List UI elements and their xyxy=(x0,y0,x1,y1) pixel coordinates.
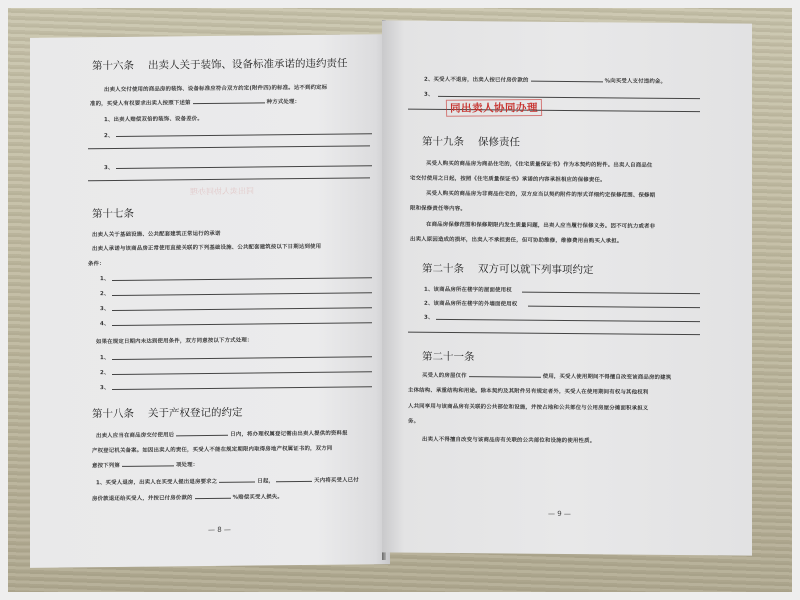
article-21-p1-line4: 务。 xyxy=(408,417,419,425)
article-20-heading: 第二十条双方可以就下列事项约定 xyxy=(422,261,594,277)
fill-line[interactable] xyxy=(116,133,372,137)
article-17-paragraph-2-line2: 条件： xyxy=(88,259,105,267)
article-21-p1-line1: 买受人的房屋仅作使用，买受人使用期间不得擅自改变该商品房的建筑 xyxy=(422,371,671,381)
article-20-item-1: 1、该商品房所在楼宇的屋面使用权 xyxy=(424,285,512,294)
article-20-number: 第二十条 xyxy=(422,263,464,275)
article-19-p2-line2: 限和保修责任等内容。 xyxy=(410,204,466,212)
article-16-paragraph-line1: 出卖人交付使用的商品房的装饰、设备标准应符合双方约定(附件四)的标准。达不到约定… xyxy=(104,83,327,93)
article-18-number: 第十八条 xyxy=(92,408,134,420)
fill-line[interactable] xyxy=(408,332,700,336)
fill-blank[interactable] xyxy=(469,371,541,378)
article-17-remedy-3: 3、 xyxy=(100,383,110,391)
article-21-p1-line2: 主体结构、承重结构和用途。除本契约及其附件另有规定者外，买受人在使用期间有权与其… xyxy=(408,386,648,396)
fill-line[interactable] xyxy=(112,277,372,281)
article-19-heading: 第十九条保修责任 xyxy=(422,134,520,150)
article-17-heading: 第十七条 xyxy=(92,206,134,221)
fill-line[interactable] xyxy=(112,356,372,360)
fill-blank[interactable] xyxy=(122,460,174,467)
article-21-p2: 出卖人不得擅自改变与该商品房有关联的公共部位和设施的使用性质。 xyxy=(422,435,595,445)
bleed-through-stamp: 同出卖人协同办理 xyxy=(190,186,254,198)
red-stamp: 同出卖人协同办理 xyxy=(446,99,542,117)
fill-line[interactable] xyxy=(88,177,370,181)
article-18-item-1-line2: 房价款退还给买受人，并按已付房价款的%赔偿买受人损失。 xyxy=(92,492,283,502)
article-16-item-2-label: 2、 xyxy=(104,131,114,139)
article-16-number: 第十六条 xyxy=(92,60,134,72)
article-17-paragraph-3: 如果在规定日期内未达到使用条件，双方同意按以下方式处理： xyxy=(96,336,253,346)
fill-line[interactable] xyxy=(88,145,370,149)
fill-line[interactable] xyxy=(116,165,372,169)
fill-blank[interactable] xyxy=(176,430,228,437)
article-20-item-3: 3、 xyxy=(424,313,434,321)
article-17-paragraph-2-line1: 出卖人承诺与该商品房正常使用直接关联的下列基础设施、公共配套建筑按以下日期达到使… xyxy=(92,242,321,252)
fill-line[interactable] xyxy=(112,386,372,390)
article-21-heading: 第二十一条 xyxy=(422,349,475,364)
article-16-paragraph-line2: 准的，买受人有权要求出卖人按照下述第种方式处理： xyxy=(90,97,300,107)
article-18-paragraph-line1: 出卖人应当在商品房交付使用后日内，将办理权属登记需由出卖人提供的资料报 xyxy=(96,429,348,440)
article-20-title: 双方可以就下列事项约定 xyxy=(478,263,594,276)
article-18-title: 关于产权登记的约定 xyxy=(148,407,243,420)
article-19-p1-line1: 买受人购买的商品房为商品住宅的，《住宅质量保证书》作为本契约的附件。出卖人自商品… xyxy=(426,159,653,169)
fill-line[interactable] xyxy=(112,371,372,375)
article-16-title: 出卖人关于装饰、设备标准承诺的违约责任 xyxy=(148,58,348,72)
fill-line[interactable] xyxy=(112,307,372,311)
article-17-item-4: 4、 xyxy=(100,319,110,327)
fill-line[interactable] xyxy=(528,306,700,309)
article-19-p2-line1: 买受人购买的商品房为非商品住宅的，双方应当以契约附件的形式详细约定保修范围、保修… xyxy=(426,189,655,199)
article-18-paragraph-line2: 产权登记机关备案。如因出卖人的责任，买受人不能在规定期限内取得房地产权属证书的，… xyxy=(92,444,332,455)
article-16-heading: 第十六条出卖人关于装饰、设备标准承诺的违约责任 xyxy=(92,56,348,74)
right-page: 2、买受人不退房，出卖人按已付房价款的%向买受人支付违约金。 3、 同出卖人协同… xyxy=(382,20,752,555)
article-18-paragraph-line3: 意按下列第项处理： xyxy=(92,460,198,469)
article-17-item-1: 1、 xyxy=(100,274,110,282)
fill-line[interactable] xyxy=(436,319,700,322)
article-16-item-1: 1、出卖人赔偿双倍的装饰、设备差价。 xyxy=(104,114,203,123)
article-17-paragraph-1: 出卖人关于基础设施、公共配套建筑正常运行的承诺 xyxy=(92,229,221,238)
fill-blank[interactable] xyxy=(193,97,265,104)
article-18-heading: 第十八条关于产权登记的约定 xyxy=(92,405,243,422)
article-18-item-1-line1: 1、买受人退房，出卖人在买受人提出退房要求之日起，天内将买受人已付 xyxy=(96,475,359,486)
article-20-item-2: 2、该商品房所在楼宇的外墙面使用权 xyxy=(424,299,517,308)
fill-blank[interactable] xyxy=(195,493,231,499)
article-19-p3-line2: 出卖人原因造成的损坏，出卖人不承担责任，但可协助维修，维修费用由购买人承担。 xyxy=(410,235,622,245)
article-19-p1-line2: 宅交付使用之日起，按照《住宅质量保证书》承诺的内容承担相应的保修责任。 xyxy=(410,174,606,184)
page-number-right: — 9 — xyxy=(548,510,571,518)
fill-blank[interactable] xyxy=(276,476,312,482)
article-16-item-3-label: 3、 xyxy=(104,163,114,171)
article-17-item-3: 3、 xyxy=(100,304,110,312)
fill-line[interactable] xyxy=(522,292,700,295)
fill-blank[interactable] xyxy=(219,477,255,483)
article-17-remedy-2: 2、 xyxy=(100,368,110,376)
article-19-p3-line1: 在商品房保修范围和保修期限内发生质量问题，出卖人应当履行保修义务。因不可抗力或者… xyxy=(426,220,655,230)
article-21-p1-line3: 人共同享用与该商品房有关联的公共部位和设施，并按占地和公共部位与公用房屋分摊面积… xyxy=(408,402,648,412)
article-19-title: 保修责任 xyxy=(478,136,520,148)
page-number-left: — 8 — xyxy=(208,526,231,534)
article-17-remedy-1: 1、 xyxy=(100,353,110,361)
article-19-number: 第十九条 xyxy=(422,136,464,148)
article-18-item-2: 2、买受人不退房，出卖人按已付房价款的%向买受人支付违约金。 xyxy=(424,75,666,85)
fill-line[interactable] xyxy=(112,292,372,296)
left-page: 同出卖人协同办理 第十六条出卖人关于装饰、设备标准承诺的违约责任 出卖人交付使用… xyxy=(30,34,390,568)
article-18-item-3: 3、 xyxy=(424,90,434,98)
article-17-item-2: 2、 xyxy=(100,289,110,297)
fill-blank[interactable] xyxy=(531,76,603,83)
fill-line[interactable] xyxy=(112,322,372,326)
